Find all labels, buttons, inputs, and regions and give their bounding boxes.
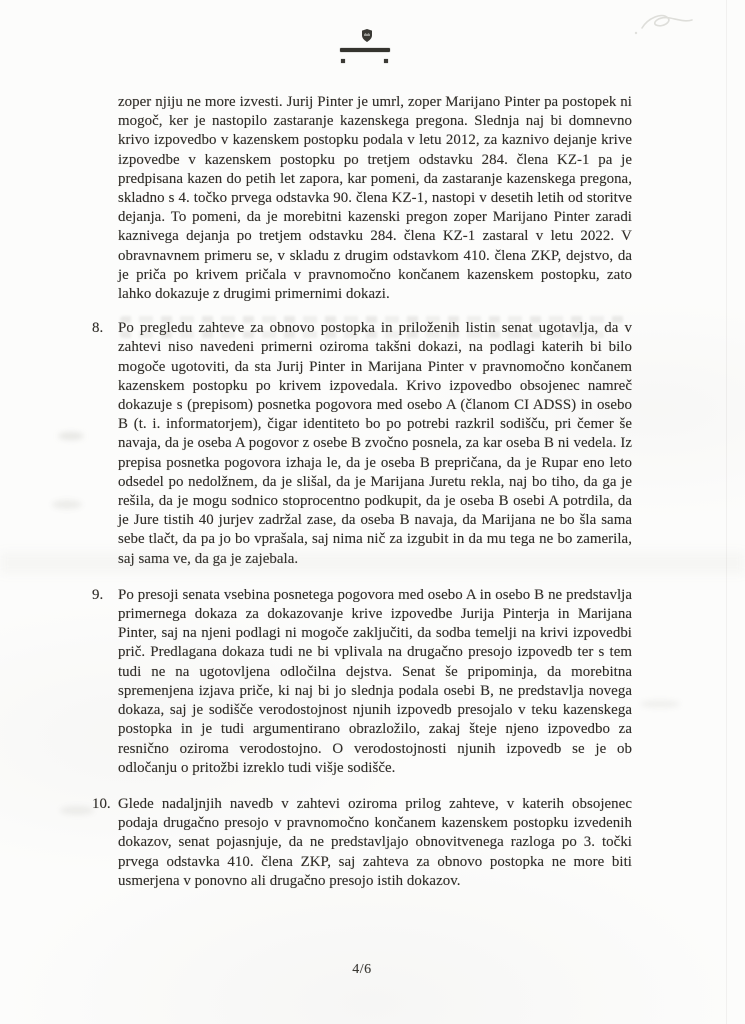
paragraph-text: Po presoji senata vsebina posnetega pogo…	[118, 586, 632, 778]
numbered-paragraph-8: 8. Po pregledu zahteve za obnovo postopk…	[92, 319, 632, 569]
page-number: 4/6	[92, 962, 632, 978]
paragraph-number: 8.	[92, 319, 118, 569]
paragraph-number: 10.	[92, 795, 118, 891]
numbered-paragraph-9: 9. Po presoji senata vsebina posnetega p…	[92, 586, 632, 778]
letterhead	[338, 28, 394, 68]
paragraph-text: Glede nadaljnjih navedb v zahtevi ozirom…	[118, 795, 632, 891]
scan-edge-line	[726, 0, 727, 1024]
paragraph-number: 9.	[92, 586, 118, 778]
margin-smudge	[640, 700, 680, 708]
margin-smudge	[52, 500, 82, 509]
margin-smudge	[58, 432, 84, 440]
letterhead-dot-left	[341, 59, 345, 63]
scanned-document: { "document": { "continuation_text": "zo…	[0, 0, 745, 1024]
coat-of-arms-shield-icon	[362, 29, 372, 42]
document-body: zoper njiju ne more izvesti. Jurij Pinte…	[92, 93, 632, 891]
letterhead-rule	[340, 48, 390, 52]
paragraph-continuation: zoper njiju ne more izvesti. Jurij Pinte…	[118, 93, 632, 304]
margin-smudge	[60, 806, 94, 815]
paragraph-text: Po pregledu zahteve za obnovo postopka i…	[118, 319, 632, 569]
letterhead-dot-right	[384, 59, 388, 63]
numbered-paragraph-10: 10. Glede nadaljnjih navedb v zahtevi oz…	[92, 795, 632, 891]
pencil-squiggle-artifact	[628, 6, 698, 46]
document-page: zoper njiju ne more izvesti. Jurij Pinte…	[0, 0, 745, 1024]
